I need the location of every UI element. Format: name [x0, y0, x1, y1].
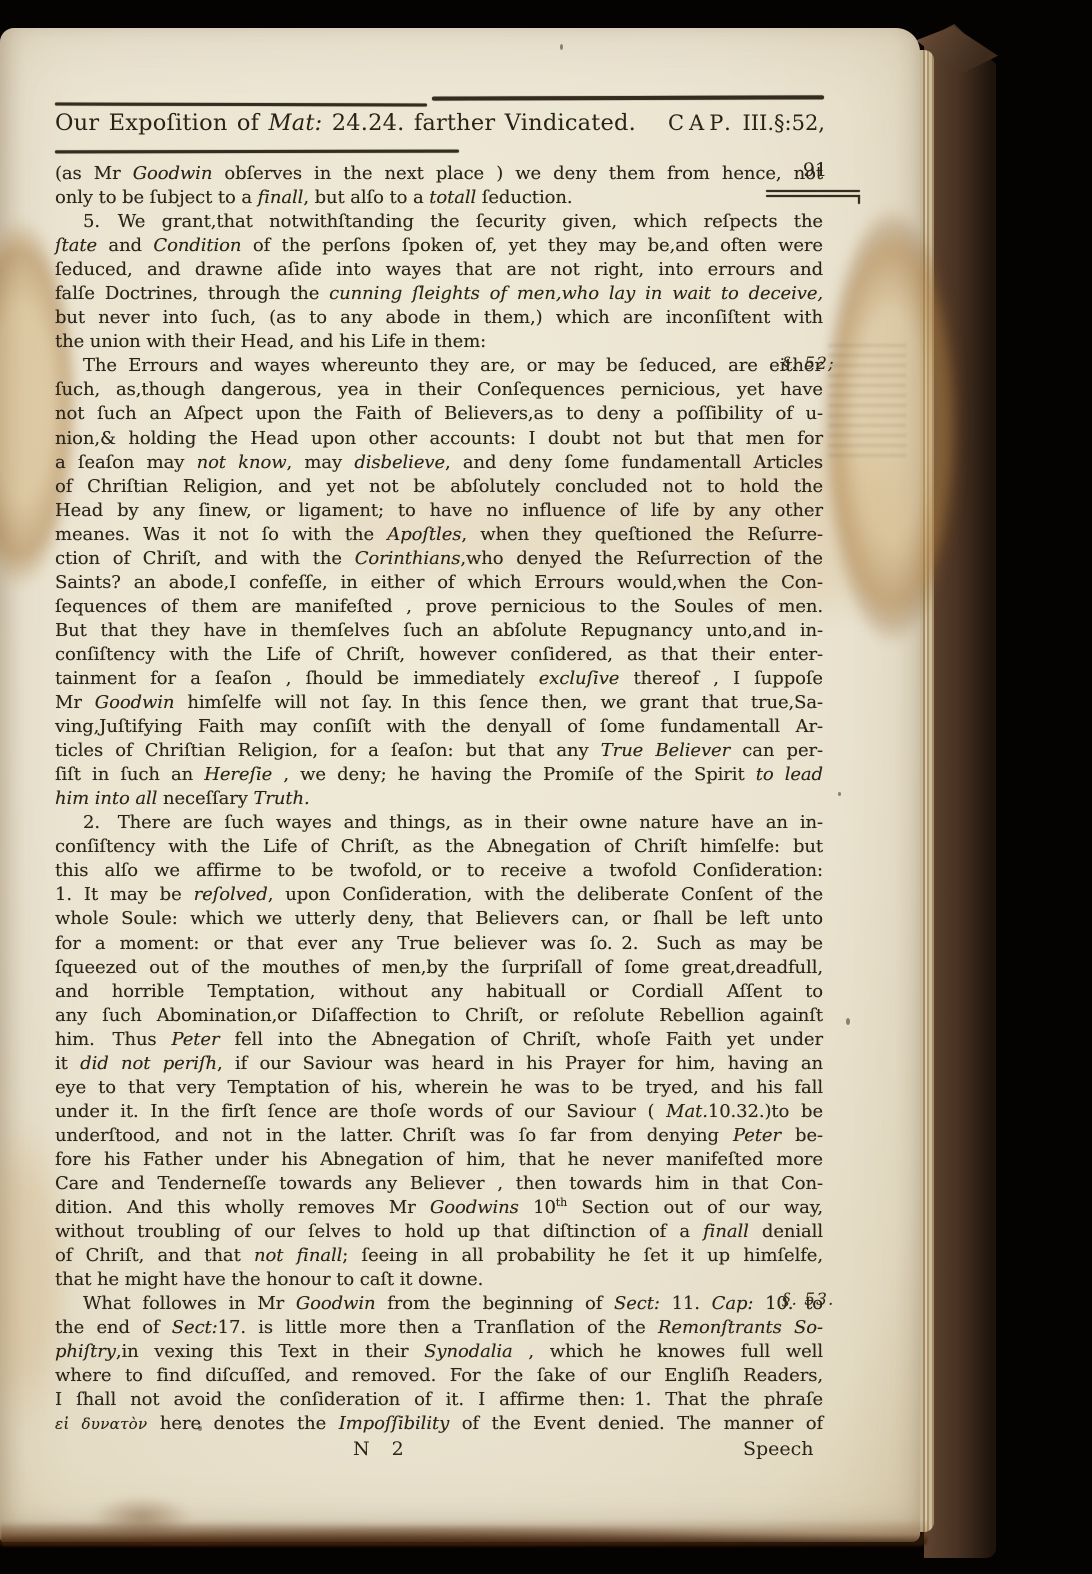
text-line: falſe Doctrines, through the cunning ſle… — [55, 282, 823, 306]
text-line: tainment for a ſeaſon , ſhould be immedi… — [55, 667, 823, 691]
text-line: dition. And this wholly removes Mr Goodw… — [55, 1196, 823, 1220]
text-line: where to find diſcuſſed, and removed. Fo… — [55, 1364, 823, 1388]
text-line: 2. There are ſuch wayes and things, as i… — [55, 811, 823, 835]
signature-mark: N 2 — [353, 1438, 404, 1460]
text-line: conſiſtency with the Life of Chriſt, how… — [55, 643, 823, 667]
text-line: underſtood, and not in the latter. Chriſ… — [55, 1124, 823, 1148]
text-line: that he might have the honour to caſt it… — [55, 1268, 823, 1292]
photo-of-book-page: { "colors": { "paper": "#ebe4d1", "ink":… — [0, 0, 1092, 1574]
text-line: the end of Sect:17. is little more then … — [55, 1316, 823, 1340]
text-line: him into all neceſſary Truth. — [55, 787, 823, 811]
text-line: 1. It may be reſolved, upon Conſideratio… — [55, 883, 823, 907]
header-rule-bottom — [55, 150, 459, 154]
chapter-heading: CAP. III.§:52, — [668, 111, 825, 135]
text-line: I ſhall not avoid the conſideration of i… — [55, 1388, 823, 1412]
text-line: for a moment: or that ever any True beli… — [55, 932, 823, 956]
text-line: fore his Father under his Abnegation of … — [55, 1148, 823, 1172]
text-line: it did not periſh, if our Saviour was he… — [55, 1052, 823, 1076]
text-line: phiſtry,in vexing this Text in their Syn… — [55, 1340, 823, 1364]
text-line: meanes. Was it not ſo with the Apoſtles,… — [55, 523, 823, 547]
catchword: Speech — [743, 1438, 814, 1460]
text-line: any ſuch Abomination,or Diſaffection to … — [55, 1004, 823, 1028]
text-block: (as Mr Goodwin obſerves in the next plac… — [55, 162, 823, 1436]
text-line: of Chriſt, and that not finall; ſeeing i… — [55, 1244, 823, 1268]
ink-speck — [560, 44, 563, 50]
text-line: ction of Chriſt, and with the Corinthian… — [55, 547, 823, 571]
text-line: conſiſtency with the Life of Chriſt, as … — [55, 835, 823, 859]
text-line: What followes in Mr Goodwin from the beg… — [55, 1292, 823, 1316]
text-line: ſuch, as,though dangerous, yea in their … — [55, 378, 823, 402]
text-line: ſeduced, and drawne aſide into wayes tha… — [55, 258, 823, 282]
text-line: without troubling of our ſelves to hold … — [55, 1220, 823, 1244]
text-line: nion,& holding the Head upon other accou… — [55, 427, 823, 451]
text-line: ticles of Chriſtian Religion, for a ſeaſ… — [55, 739, 823, 763]
book-cover-right-board — [924, 24, 996, 1558]
text-line: But that they have in themſelves ſuch an… — [55, 619, 823, 643]
ink-speck — [838, 792, 841, 796]
page-number-rule-tick — [858, 195, 860, 204]
text-line: ſqueezed out of the mouthes of men,by th… — [55, 956, 823, 980]
text-line: Care and Tenderneſſe towards any Believe… — [55, 1172, 823, 1196]
text-line: Saints? an abode,I confeſſe, in either o… — [55, 571, 823, 595]
text-line: not ſuch an Aſpect upon the Faith of Bel… — [55, 402, 823, 426]
text-line: but never into ſuch, (as to any abode in… — [55, 306, 823, 330]
footer-line: N 2 Speech — [55, 1438, 823, 1464]
chapter-cap: CAP. — [668, 111, 736, 135]
header-rule-top-left — [55, 103, 427, 107]
text-line: him. Thus Peter fell into the Abnegation… — [55, 1028, 823, 1052]
text-line: ſequences of them are manifeſted , prove… — [55, 595, 823, 619]
text-line: eye to that very Temptation of his, wher… — [55, 1076, 823, 1100]
text-line: under it. In the firſt ſence are thoſe w… — [55, 1100, 823, 1124]
text-line: Head by any ſinew, or ligament; to have … — [55, 499, 823, 523]
burnt-bottom-edge — [0, 1520, 928, 1546]
header-rule-top-right — [432, 95, 824, 100]
text-line: The Errours and wayes whereunto they are… — [55, 354, 823, 378]
text-line: ſiſt in ſuch an Hereſie , we deny; he ha… — [55, 763, 823, 787]
running-header: Our Expoſition of Mat: 24.24. farther Vi… — [55, 110, 825, 136]
book-page: Our Expoſition of Mat: 24.24. farther Vi… — [0, 28, 920, 1542]
text-line: 5. We grant,that notwithſtanding the ſec… — [55, 210, 823, 234]
text-line: the union with their Head, and his Life … — [55, 330, 823, 354]
text-line: and horrible Temptation, without any hab… — [55, 980, 823, 1004]
text-line: ving,Juſtifying Faith may conſiſt with t… — [55, 715, 823, 739]
text-line: only to be ſubject to a finall, but alſo… — [55, 186, 823, 210]
text-line: a ſeaſon may not know, may disbelieve, a… — [55, 451, 823, 475]
text-line: of Chriſtian Religion, and yet not be ab… — [55, 475, 823, 499]
text-line: Mr Goodwin himſelfe will not ſay. In thi… — [55, 691, 823, 715]
text-line: this alſo we affirme to be twofold, or t… — [55, 859, 823, 883]
text-line: whole Soule: which we utterly deny, that… — [55, 907, 823, 931]
text-line: ſtate and Condition of the perſons ſpoke… — [55, 234, 823, 258]
text-line: (as Mr Goodwin obſerves in the next plac… — [55, 162, 823, 186]
chapter-section: III.§:52, — [742, 111, 825, 135]
text-line: εἰ δυνατὸν here denotes the Impoſſibilit… — [55, 1412, 823, 1436]
running-title: Our Expoſition of Mat: 24.24. farther Vi… — [55, 110, 636, 136]
ink-speck — [846, 1018, 850, 1025]
